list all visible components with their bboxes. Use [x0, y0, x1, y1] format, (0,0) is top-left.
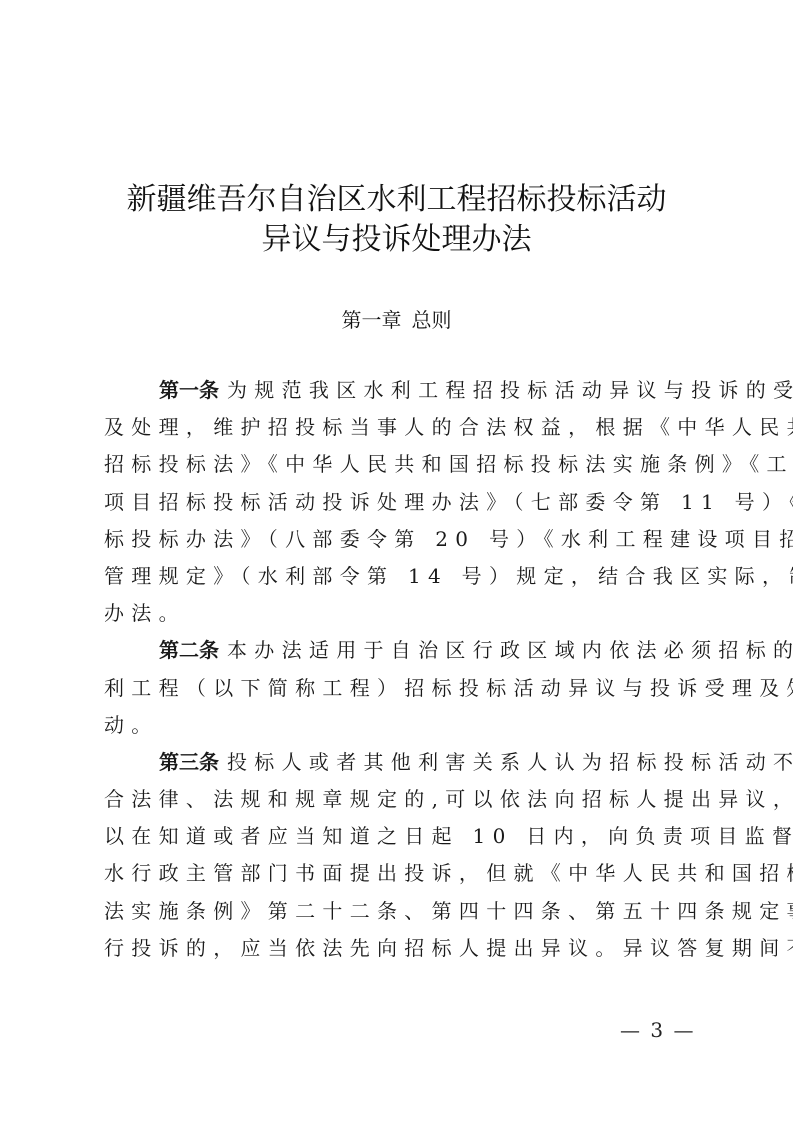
article-text-line: 为规范我区水利工程招投标活动异议与投诉的受理: [227, 378, 793, 402]
document-title-line-1: 新疆维吾尔自治区水利工程招标投标活动: [0, 180, 793, 220]
article-text-line: 行投诉的，应当依法先向招标人提出异议。异议答复期间不计入: [104, 936, 793, 960]
article-text-line: 及处理，维护招投标当事人的合法权益，根据《中华人民共和国: [104, 415, 793, 439]
article-2: 第二条本办法适用于自治区行政区域内依法必须招标的水 利工程（以下简称工程）招标投…: [104, 632, 692, 744]
article-1: 第一条为规范我区水利工程招投标活动异议与投诉的受理 及处理，维护招投标当事人的合…: [104, 372, 692, 632]
article-text-line: 以在知道或者应当知道之日起 10 日内，向负责项目监督管理的: [104, 824, 793, 848]
document-page: 新疆维吾尔自治区水利工程招标投标活动 异议与投诉处理办法 第一章总则 第一条为规…: [0, 0, 793, 1122]
article-text-line: 利工程（以下简称工程）招标投标活动异议与投诉受理及处理活: [104, 676, 793, 700]
article-label: 第一条: [159, 378, 219, 402]
article-text-line: 本办法适用于自治区行政区域内依法必须招标的水: [227, 638, 793, 662]
article-text-line: 合法律、法规和规章规定的,可以依法向招标人提出异议，也可: [104, 787, 793, 811]
article-text-line: 水行政主管部门书面提出投诉，但就《中华人民共和国招标投标: [104, 861, 793, 885]
article-text-line: 项目招标投标活动投诉处理办法》（七部委令第 11 号）《电子招: [104, 490, 793, 514]
article-text-line: 管理规定》（水利部令第 14 号）规定，结合我区实际，制定本: [104, 564, 793, 588]
article-text-line: 动。: [104, 713, 159, 737]
chapter-number: 第一章: [342, 308, 402, 332]
document-title-line-2: 异议与投诉处理办法: [0, 220, 793, 260]
article-text-line: 办法。: [104, 601, 186, 625]
chapter-heading: 第一章总则: [0, 304, 793, 336]
article-label: 第二条: [159, 638, 219, 662]
page-number: — 3 —: [620, 1018, 695, 1042]
article-3: 第三条投标人或者其他利害关系人认为招标投标活动不符 合法律、法规和规章规定的,可…: [104, 744, 692, 967]
article-text-line: 投标人或者其他利害关系人认为招标投标活动不符: [227, 750, 793, 774]
document-body: 第一条为规范我区水利工程招投标活动异议与投诉的受理 及处理，维护招投标当事人的合…: [104, 372, 692, 967]
article-label: 第三条: [159, 750, 219, 774]
article-text-line: 标投标办法》（八部委令第 20 号）《水利工程建设项目招标投标: [104, 527, 793, 551]
chapter-name: 总则: [412, 308, 452, 332]
article-text-line: 法实施条例》第二十二条、第四十四条、第五十四条规定事项进: [104, 899, 793, 923]
article-text-line: 招标投标法》《中华人民共和国招标投标法实施条例》《工程建设: [104, 452, 793, 476]
